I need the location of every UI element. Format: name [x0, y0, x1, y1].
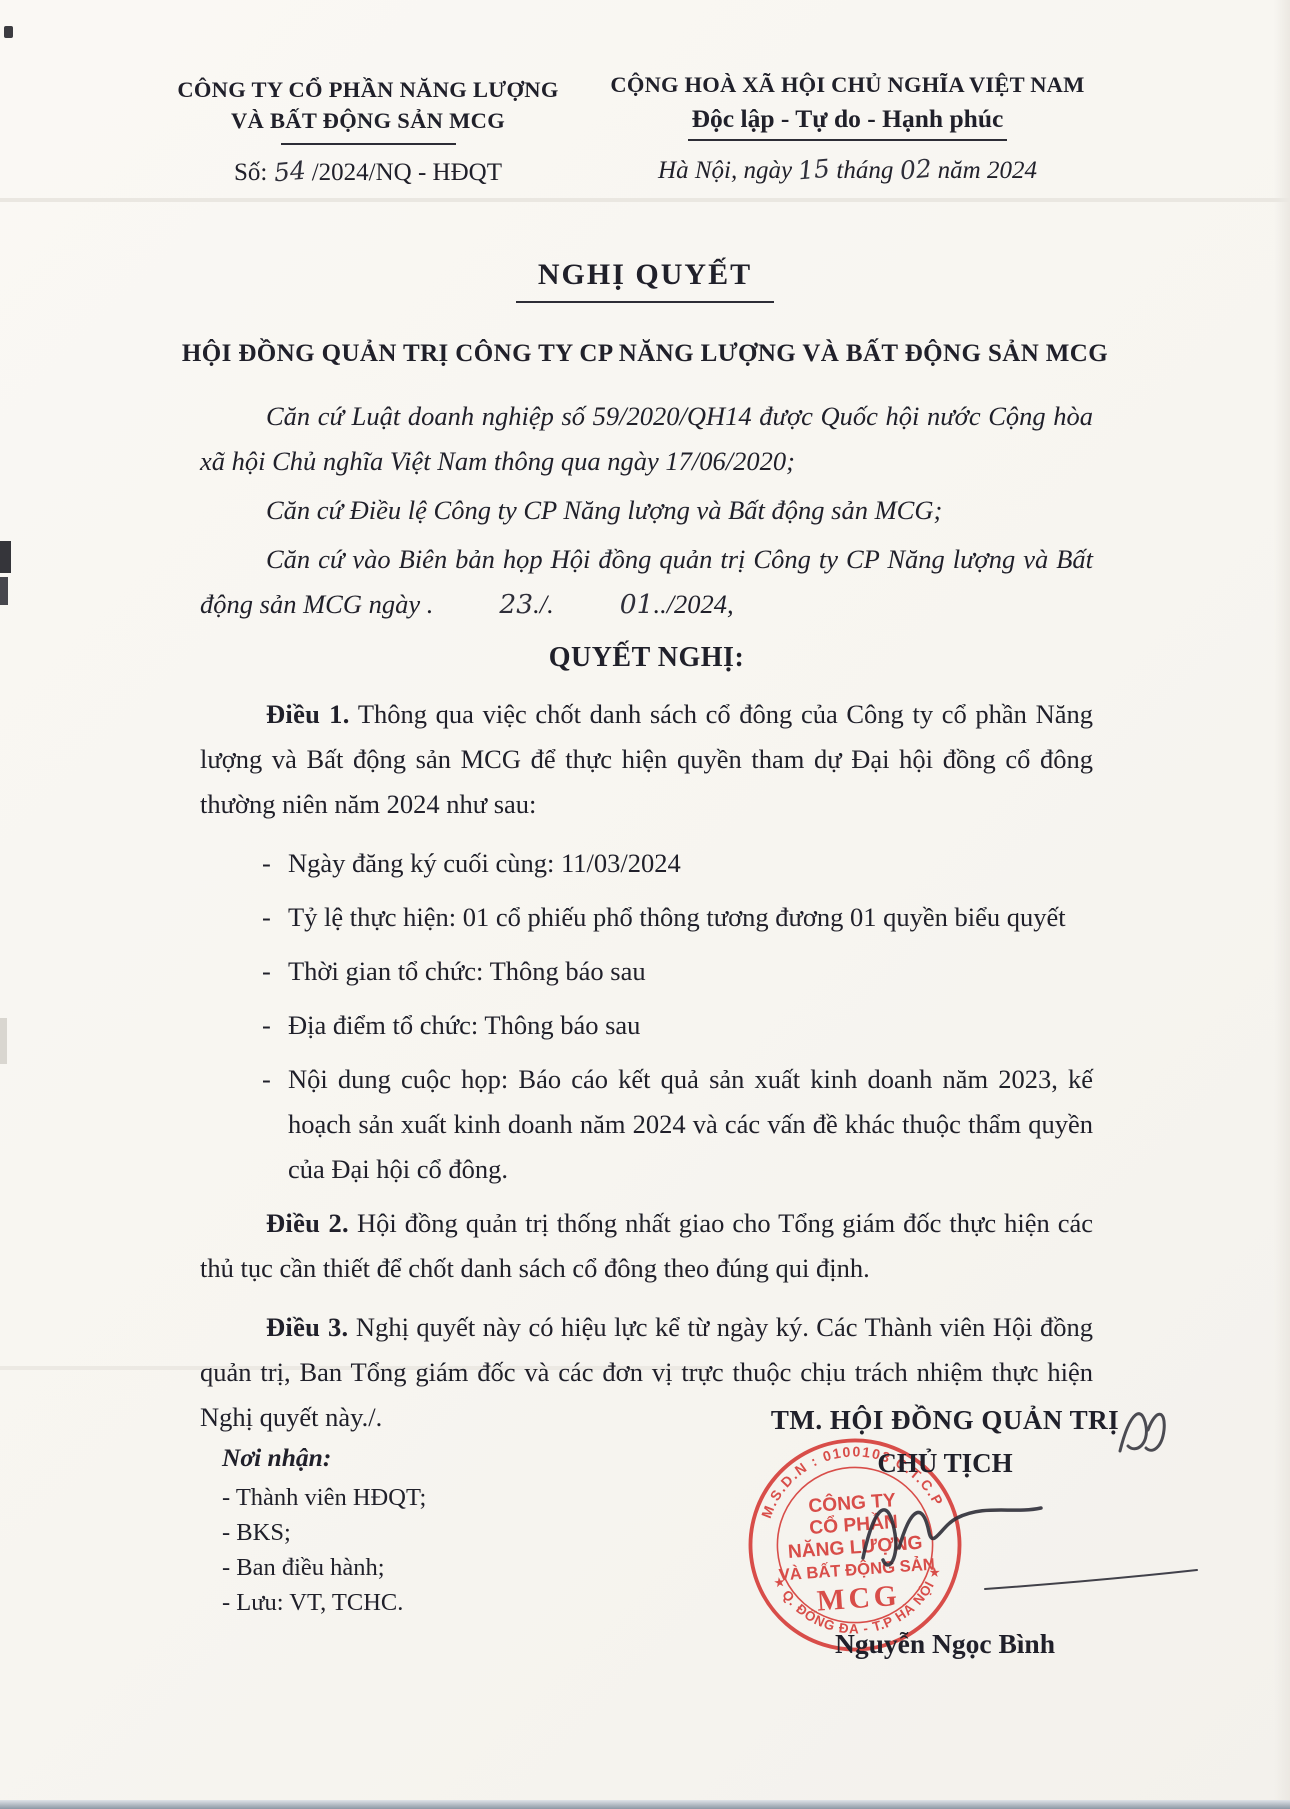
handwritten-initials [1112, 1396, 1182, 1468]
recipient-line: - Lưu: VT, TCHC. [222, 1585, 426, 1620]
article-1: Điều 1. Thông qua việc chốt danh sách cổ… [200, 692, 1093, 827]
bullet-text-ratio: Tỷ lệ thực hiện: 01 cổ phiếu phổ thông t… [288, 895, 1093, 940]
bullet-dash: - [262, 949, 288, 994]
signature-stroke [899, 1508, 1041, 1548]
scanned-resolution-document: CÔNG TY CỔ PHẦN NĂNG LƯỢNG VÀ BẤT ĐỘNG S… [0, 0, 1290, 1809]
bullet-dash: - [262, 1003, 288, 1048]
document-number-handwritten: 54 [272, 156, 306, 188]
preamble-paragraph-1: Căn cứ Luật doanh nghiệp số 59/2020/QH14… [200, 394, 1093, 484]
signer-name: Nguyễn Ngọc Bình [705, 1628, 1185, 1660]
recipient-line: - Ban điều hành; [222, 1550, 426, 1585]
handwritten-signature [845, 1462, 1215, 1622]
preamble-paragraph-3: Căn cứ vào Biên bản họp Hội đồng quản tr… [200, 537, 1093, 627]
company-header-block: CÔNG TY CỔ PHẦN NĂNG LƯỢNG VÀ BẤT ĐỘNG S… [168, 74, 568, 187]
article-2-label: Điều 2. [266, 1208, 349, 1238]
list-item: - Địa điểm tổ chức: Thông báo sau [262, 1003, 1093, 1048]
header-divider-rule [281, 143, 456, 145]
bullet-text-record-date: Ngày đăng ký cuối cùng: 11/03/2024 [288, 841, 1093, 886]
scan-mark [0, 541, 11, 573]
recipients-block: Nơi nhận: - Thành viên HĐQT; - BKS; - Ba… [222, 1440, 426, 1620]
signature-stroke [863, 1510, 896, 1565]
date-suffix: năm 2024 [938, 157, 1037, 184]
list-item: - Nội dung cuộc họp: Báo cáo kết quả sản… [262, 1057, 1093, 1192]
date-day-handwritten: 15 [797, 154, 831, 186]
document-subtitle: HỘI ĐỒNG QUẢN TRỊ CÔNG TY CP NĂNG LƯỢNG … [0, 340, 1290, 368]
national-motto-line2: Độc lập - Tự do - Hạnh phúc [688, 104, 1008, 141]
recipient-line: - BKS; [222, 1515, 426, 1550]
place-date-line: Hà Nội, ngày 15 tháng 02 năm 2024 [585, 155, 1110, 185]
bullet-dash: - [262, 841, 288, 886]
initials-stroke [1146, 1414, 1164, 1450]
scan-mark [0, 1018, 7, 1064]
document-number-line: Số: 54 /2024/NQ - HĐQT [168, 157, 568, 187]
company-name-line1: CÔNG TY CỔ PHẦN NĂNG LƯỢNG [168, 74, 568, 105]
date-mid: tháng [836, 157, 893, 184]
list-item: - Thời gian tổ chức: Thông báo sau [262, 949, 1093, 994]
document-number-rest: /2024/NQ - HĐQT [312, 159, 502, 186]
date-month-handwritten: 02 [898, 154, 932, 186]
list-item: - Ngày đăng ký cuối cùng: 11/03/2024 [262, 841, 1093, 886]
preamble-paragraph-2: Căn cứ Điều lệ Công ty CP Năng lượng và … [200, 488, 1093, 533]
recipient-line: - Thành viên HĐQT; [222, 1480, 426, 1515]
date-prefix: Hà Nội, ngày [658, 157, 792, 184]
initials-stroke [1120, 1414, 1146, 1451]
title-block: NGHỊ QUYẾT [0, 258, 1290, 303]
national-motto-line1: CỘNG HOÀ XÃ HỘI CHỦ NGHĨA VIỆT NAM [585, 72, 1110, 98]
document-body: Căn cứ Luật doanh nghiệp số 59/2020/QH14… [200, 394, 1093, 1454]
scan-mark [0, 577, 8, 605]
scan-mark [4, 26, 13, 38]
document-number-label: Số: [234, 159, 267, 186]
company-name-line2: VÀ BẤT ĐỘNG SẢN MCG [168, 105, 568, 136]
article-1-label: Điều 1. [266, 699, 350, 729]
scan-bottom-edge [0, 1800, 1290, 1809]
resolution-bullet-list: - Ngày đăng ký cuối cùng: 11/03/2024 - T… [262, 841, 1093, 1192]
article-3-label: Điều 3. [266, 1312, 348, 1342]
meeting-month-handwritten: 01 [554, 582, 654, 627]
preamble-3-tail: ../2024, [653, 589, 733, 619]
bullet-text-agenda: Nội dung cuộc họp: Báo cáo kết quả sản x… [288, 1057, 1093, 1192]
bullet-text-location: Địa điểm tổ chức: Thông báo sau [288, 1003, 1093, 1048]
resolve-heading: QUYẾT NGHỊ: [200, 635, 1093, 680]
list-item: - Tỷ lệ thực hiện: 01 cổ phiếu phổ thông… [262, 895, 1093, 940]
meeting-day-handwritten: 23 [433, 582, 533, 627]
scan-streak [0, 198, 1290, 202]
bullet-dash: - [262, 1057, 288, 1192]
national-header-block: CỘNG HOÀ XÃ HỘI CHỦ NGHĨA VIỆT NAM Độc l… [585, 72, 1110, 185]
preamble-3-separator: ./. [533, 589, 554, 619]
document-title: NGHỊ QUYẾT [516, 258, 774, 303]
bullet-text-time: Thời gian tổ chức: Thông báo sau [288, 949, 1093, 994]
bullet-dash: - [262, 895, 288, 940]
signature-underline-stroke [985, 1570, 1197, 1589]
article-2: Điều 2. Hội đồng quản trị thống nhất gia… [200, 1201, 1093, 1291]
recipients-title: Nơi nhận: [222, 1440, 426, 1475]
